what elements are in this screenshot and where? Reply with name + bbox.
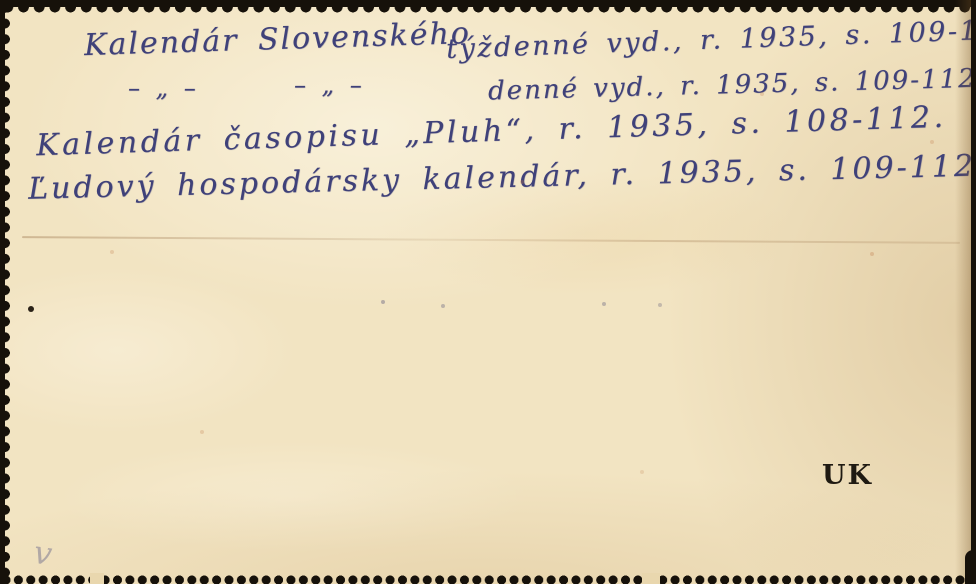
catalog-card: Kalendár Slovenského týždenné vyd., r. 1… (0, 0, 976, 584)
card-edge-right (971, 0, 976, 584)
uk-library-stamp: UK (822, 460, 873, 491)
perforation-gap (642, 573, 660, 584)
ditto-mark-left: – „ – (128, 74, 200, 102)
perforated-edge-top (0, 0, 976, 17)
faint-rule-line (22, 236, 960, 244)
ditto-mark-right: – „ – (294, 71, 366, 99)
handwritten-line1-citation: týždenné vyd., r. 1935, s. 109-112 (446, 14, 976, 65)
handwritten-line1-title: Kalendár Slovenského (84, 16, 472, 63)
stray-ink-mark: v (31, 533, 54, 573)
perforated-edge-left (0, 0, 13, 584)
perforation-gap (90, 573, 104, 584)
perforated-edge-bottom (0, 573, 976, 584)
